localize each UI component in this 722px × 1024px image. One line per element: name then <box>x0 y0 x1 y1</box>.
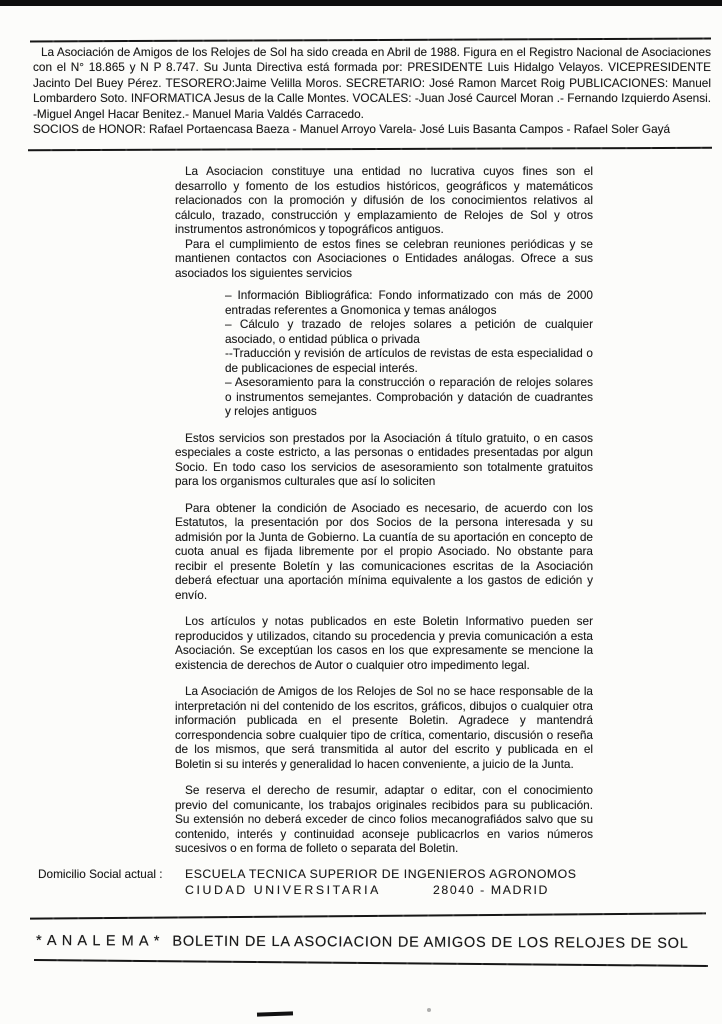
scan-edge-bar <box>0 0 722 6</box>
header-intro-paragraph: La Asociación de Amigos de los Relojes d… <box>33 45 711 122</box>
domicilio-label: Domicilio Social actual : <box>38 867 185 881</box>
address-block: ESCUELA TECNICA SUPERIOR DE INGENIEROS A… <box>185 867 576 898</box>
services-list: – Información Bibliográfica: Fondo infor… <box>175 288 593 419</box>
service-item: – Información Bibliográfica: Fondo infor… <box>225 288 593 317</box>
service-item: --Traducción y revisión de artículos de … <box>225 346 593 375</box>
address-line2: CIUDAD UNIVERSITARIA 28040 - MADRID <box>185 883 576 899</box>
scan-speck <box>427 1008 431 1012</box>
address-city: CIUDAD UNIVERSITARIA <box>185 883 381 899</box>
service-item: – Asesoramiento para la construcción o r… <box>225 375 593 419</box>
association-header: La Asociación de Amigos de los Relojes d… <box>33 45 711 137</box>
address-line1: ESCUELA TECNICA SUPERIOR DE INGENIEROS A… <box>185 867 576 883</box>
honor-members-line: SOCIOS de HONOR: Rafael Portaencasa Baez… <box>33 122 711 137</box>
paragraph-reproduction: Los artículos y notas publicados en este… <box>175 614 593 672</box>
bottom-mark <box>257 1011 293 1016</box>
service-item: – Cálculo y trazado de relojes solares a… <box>225 317 593 346</box>
paragraph-free-services: Estos servicios son prestados por la Aso… <box>175 431 593 489</box>
rule-footer-bottom <box>34 959 708 967</box>
paragraph-aims: La Asociacion constituye una entidad no … <box>175 164 593 237</box>
bulletin-masthead: * A N A L E M A *BOLETIN DE LA ASOCIACIO… <box>36 933 689 952</box>
rule-footer-top <box>30 912 706 919</box>
masthead-title: * A N A L E M A * <box>36 933 161 950</box>
paragraph-meetings: Para el cumplimiento de estos fines se c… <box>175 237 593 281</box>
paragraph-membership: Para obtener la condición de Asociado es… <box>175 501 593 603</box>
paragraph-editing-rights: Se reserva el derecho de resumir, adapta… <box>175 783 593 856</box>
masthead-subtitle: BOLETIN DE LA ASOCIACION DE AMIGOS DE LO… <box>172 934 688 952</box>
rule-under-header <box>28 147 712 151</box>
address-row: Domicilio Social actual : ESCUELA TECNIC… <box>38 867 576 898</box>
document-body: La Asociacion constituye una entidad no … <box>175 164 593 856</box>
address-postal: 28040 - MADRID <box>433 883 549 899</box>
paragraph-disclaimer: La Asociación de Amigos de los Relojes d… <box>175 684 593 771</box>
document-page: La Asociación de Amigos de los Relojes d… <box>0 0 722 1024</box>
rule-top <box>30 38 711 43</box>
